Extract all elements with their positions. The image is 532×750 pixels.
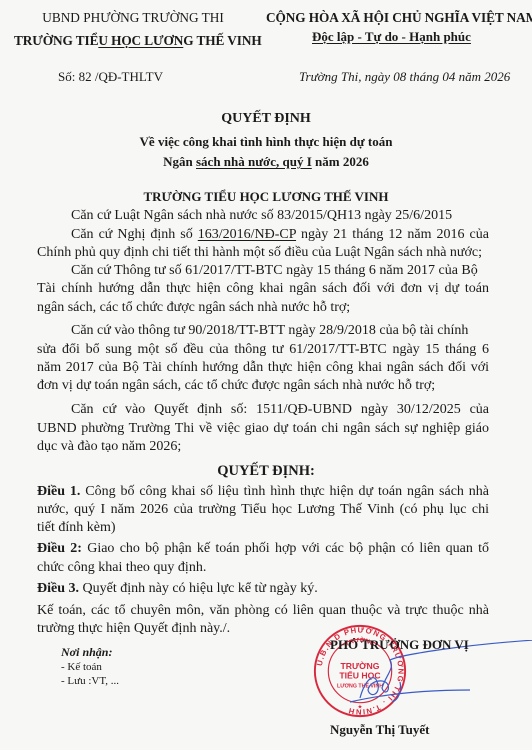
preamble-text: ngày 21 tháng 12 năm 2016 của — [296, 227, 489, 242]
article-text: Quyết định này có hiệu lực kể từ ngày ký… — [79, 581, 318, 596]
article-text: Giao cho bộ phận kế toán phối hợp với cá… — [82, 541, 489, 556]
subject-part: năm 2026 — [312, 154, 369, 169]
preamble-text: Căn cứ Nghị định số — [71, 227, 198, 242]
issuing-authority: UBND PHƯỜNG TRƯỜNG THI — [0, 10, 266, 26]
signatory-title: PHÓ TRƯỞNG ĐƠN VỊ — [330, 637, 469, 653]
article-1-line: Điều 1. Công bố công khai số liệu tình h… — [37, 484, 489, 500]
preamble-line: UBND phường Trường Thi về việc giao dự t… — [37, 421, 489, 437]
preamble-line: Chính phủ quy định chi tiết thi hành một… — [37, 245, 482, 261]
article-2-line: Điều 2: Giao cho bộ phận kế toán phối hợ… — [37, 541, 489, 557]
preamble-line: Tài chính hướng dẫn thực hiện công khai … — [37, 281, 489, 297]
document-subject-line2: Ngân sách nhà nước, quý I năm 2026 — [0, 154, 532, 170]
article-1-line: tiết đính kèm) — [37, 520, 116, 536]
article-2-line: chức công khai theo quy định. — [37, 560, 206, 576]
document-number: Số: 82 /QĐ-THLTV — [58, 69, 163, 85]
closing-line: Kế toán, các tổ chuyên môn, văn phòng có… — [37, 603, 489, 619]
subject-underlined: sách nhà nước, quý I — [196, 154, 312, 169]
school-name-underlined: U HỌC LƯƠN — [98, 33, 183, 48]
recipients-title: Nơi nhận: — [61, 645, 112, 660]
article-3-line: Điều 3. Quyết định này có hiệu lực kể từ… — [37, 581, 318, 597]
preamble-line: năm 2017 của Bộ Tài chính hướng dẫn thực… — [37, 360, 489, 376]
preamble-line: Căn cứ vào Quyết định số: 1511/QĐ-UBND n… — [71, 402, 489, 418]
preamble-line: Căn cứ Nghị định số 163/2016/NĐ-CP ngày … — [71, 227, 489, 243]
preamble-line: ngân sách, các tổ chức được ngân sách nh… — [37, 300, 350, 316]
subject-part: Ngân — [163, 154, 196, 169]
school-name-part: TRƯỜNG TIỂ — [14, 33, 98, 48]
article-2-label: Điều 2: — [37, 541, 82, 556]
recipient-item: - Kế toán — [61, 661, 102, 673]
preamble-line: đơn vị dự toán ngân sách, các tổ chức đư… — [37, 378, 435, 394]
recipient-item: - Lưu :VT, ... — [61, 675, 119, 687]
school-name: TRƯỜNG TIỂU HỌC LƯƠNG THẾ VINH — [14, 33, 262, 49]
article-text: Công bố công khai số liệu tình hình thực… — [80, 484, 489, 499]
document-subject-line1: Về việc công khai tình hình thực hiện dự… — [0, 134, 532, 150]
place-and-date: Trường Thi, ngày 08 tháng 04 năm 2026 — [299, 69, 510, 85]
decision-heading: QUYẾT ĐỊNH: — [0, 463, 532, 480]
closing-line: trường thực hiện Quyết định này./. — [37, 621, 230, 637]
article-1-label: Điều 1. — [37, 484, 80, 499]
school-name-part: G THẾ VINH — [183, 33, 261, 48]
article-3-label: Điều 3. — [37, 581, 79, 596]
signatory-name: Nguyễn Thị Tuyết — [330, 722, 429, 738]
article-1-line: nước, quý I năm 2026 của trường Tiểu học… — [37, 502, 489, 518]
document-page: UBND PHƯỜNG TRƯỜNG THI TRƯỜNG TIỂU HỌC L… — [0, 0, 532, 750]
issuer-heading: TRƯỜNG TIỂU HỌC LƯƠNG THẾ VINH — [0, 189, 532, 205]
preamble-line: Căn cứ Thông tư số 61/2017/TT-BTC ngày 1… — [71, 263, 478, 279]
preamble-line: sửa đổi bổ sung một số đều của thông tư … — [37, 342, 489, 358]
document-title: QUYẾT ĐỊNH — [0, 111, 532, 127]
national-title: CỘNG HÒA XÃ HỘI CHỦ NGHĨA VIỆT NAM — [266, 10, 532, 26]
national-motto: Độc lập - Tự do - Hạnh phúc — [312, 29, 471, 45]
preamble-line: Căn cứ vào thông tư 90/2018/TT-BTT ngày … — [71, 323, 468, 339]
preamble-line: Căn cứ Luật Ngân sách nhà nước số 83/201… — [71, 208, 452, 224]
decree-reference: 163/2016/NĐ-CP — [198, 227, 296, 242]
preamble-line: dục và đào tạo năm 2026; — [37, 439, 181, 455]
